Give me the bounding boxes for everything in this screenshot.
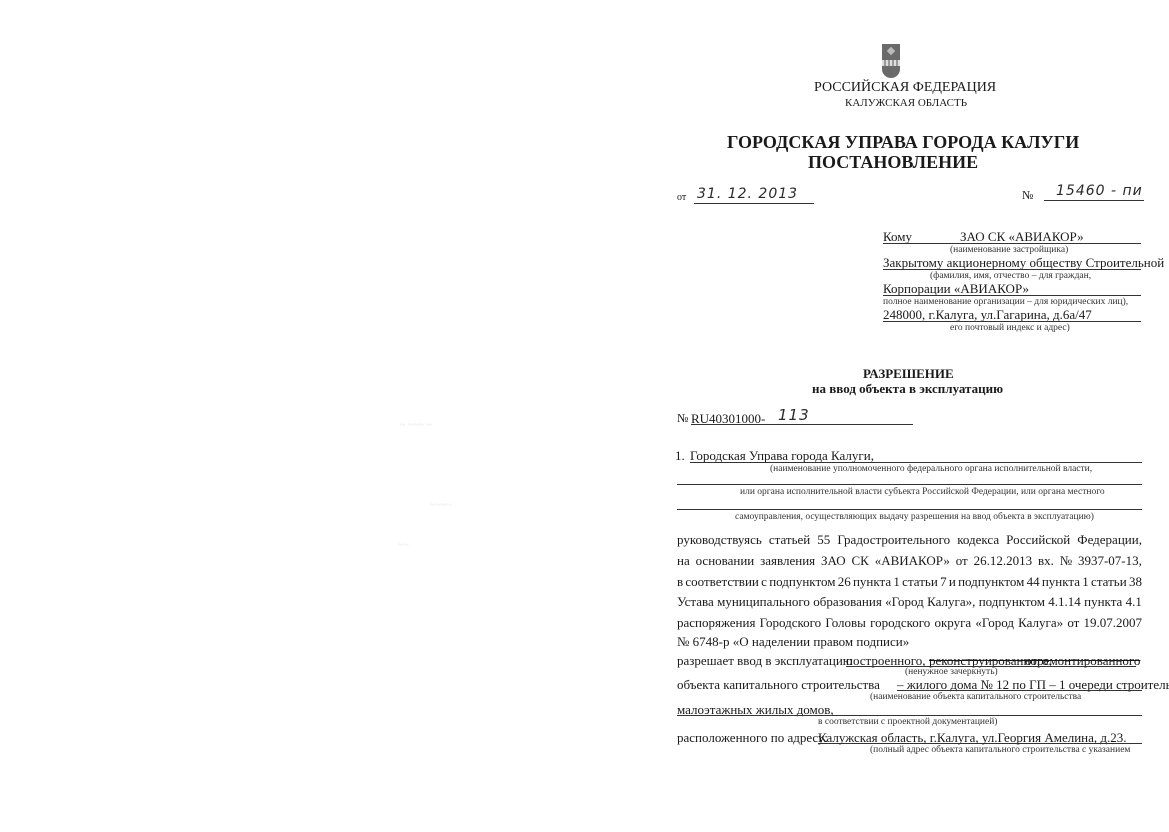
paragraph-line: Уставамуниципальногообразования«ГородКал… bbox=[677, 592, 1142, 613]
paragraph-word: 1 bbox=[1082, 572, 1089, 593]
paragraph-word: кодекса bbox=[957, 530, 999, 551]
paragraph-word: 26 bbox=[838, 572, 851, 593]
object-underline bbox=[897, 690, 1142, 691]
paragraph-word: подпунктом bbox=[958, 572, 1024, 593]
bleed-through-mark: ~~~~ bbox=[430, 500, 452, 511]
bleed-through-mark: ~~ bbox=[398, 540, 409, 551]
paragraph-word: «АВИАКОР» bbox=[875, 551, 950, 572]
paragraph-word: Калуга» bbox=[1018, 613, 1063, 634]
permit-subtitle: на ввод объекта в эксплуатацию bbox=[812, 381, 1003, 397]
decree-number-label: № bbox=[1022, 188, 1033, 203]
permits-prefix: разрешает ввод в эксплуатацию bbox=[677, 653, 853, 669]
paragraph-word: вх. bbox=[1038, 551, 1054, 572]
paragraph-word: 7 bbox=[940, 572, 947, 593]
paragraph-word: 38 bbox=[1129, 572, 1142, 593]
paragraph-word: подпунктом bbox=[979, 592, 1045, 613]
paragraph-line: руководствуясьстатьей55Градостроительног… bbox=[677, 530, 1142, 551]
paragraph-word: статьи bbox=[902, 572, 938, 593]
paragraph-word: 4.1 bbox=[1126, 592, 1142, 613]
paragraph-word: 26.12.2013 bbox=[974, 551, 1033, 572]
paragraph-word: № bbox=[1060, 551, 1072, 572]
paragraph-word: статьей bbox=[769, 530, 810, 551]
paragraph-word: основании bbox=[696, 551, 755, 572]
paragraph-word: соответствии bbox=[685, 572, 758, 593]
recipient-note: его почтовый индекс и адрес) bbox=[950, 323, 1070, 333]
permit-number-label: № bbox=[677, 411, 688, 426]
project-note: в соответствии с проектной документацией… bbox=[818, 717, 997, 727]
paragraph-word: 3937-07-13, bbox=[1078, 551, 1142, 572]
paragraph-word: и bbox=[949, 572, 956, 593]
recipient-underline bbox=[883, 243, 1141, 244]
paragraph-word: ЗАО bbox=[821, 551, 846, 572]
paragraph-word: 44 bbox=[1027, 572, 1040, 593]
paragraph-word: с bbox=[761, 572, 767, 593]
recipient-underline bbox=[883, 269, 1141, 270]
address-underline bbox=[818, 743, 1142, 744]
paragraph-word: СК bbox=[852, 551, 869, 572]
paragraph-word: руководствуясь bbox=[677, 530, 762, 551]
recipient-underline bbox=[883, 321, 1141, 322]
permit-number-underline bbox=[691, 424, 913, 425]
permit-number-handwritten: 113 bbox=[778, 406, 810, 424]
decree-number-value: 15460 - пи bbox=[1056, 183, 1143, 199]
paragraph-word: муниципального bbox=[717, 592, 810, 613]
paragraph-word: от bbox=[1067, 613, 1079, 634]
decree-date-value: 31. 12. 2013 bbox=[697, 186, 798, 202]
paragraph-word: подпунктом bbox=[769, 572, 835, 593]
paragraph-word: статьи bbox=[1091, 572, 1127, 593]
recipient-note: полное наименование организации – для юр… bbox=[883, 297, 1128, 307]
paragraph-word: пункта bbox=[1042, 572, 1080, 593]
decree-date-label: от bbox=[677, 192, 686, 203]
paragraph-line: всоответствиисподпунктом26пункта1статьи7… bbox=[677, 572, 1142, 593]
authority-note: самоуправления, осуществляющих выдачу ра… bbox=[735, 512, 1094, 522]
bleed-through-mark: ~ ~~~ ~ bbox=[400, 420, 432, 431]
address-prefix: расположенного по адресу: bbox=[677, 730, 828, 746]
paragraph-word: образования bbox=[813, 592, 882, 613]
recipient-note: (фамилия, имя, отчество – для граждан, bbox=[930, 271, 1091, 281]
paragraph-word: 55 bbox=[817, 530, 830, 551]
address-note: (полный адрес объекта капитального строи… bbox=[870, 745, 1130, 755]
paragraph-word: «Город bbox=[885, 592, 924, 613]
paragraph-word: пункта bbox=[853, 572, 891, 593]
decree-number-underline bbox=[1044, 200, 1144, 201]
decree-date-underline bbox=[694, 203, 814, 204]
object-prefix: объекта капитального строительства bbox=[677, 677, 880, 693]
paragraph-word: городского bbox=[870, 613, 930, 634]
paragraph-word: Калуга», bbox=[927, 592, 975, 613]
authority-note: или органа исполнительной власти субъект… bbox=[740, 487, 1105, 497]
authority-underline bbox=[677, 484, 1142, 485]
section-number: 1. bbox=[675, 448, 685, 464]
permit-title: РАЗРЕШЕНИЕ bbox=[863, 366, 954, 382]
paragraph-word: пункта bbox=[1084, 592, 1122, 613]
legal-basis-paragraph: руководствуясьстатьей55Градостроительног… bbox=[677, 530, 1142, 634]
coat-of-arms-icon bbox=[882, 44, 900, 78]
paragraph-word: Городского bbox=[760, 613, 822, 634]
paragraph-word: Федерации, bbox=[1077, 530, 1142, 551]
paragraph-word: распоряжения bbox=[677, 613, 755, 634]
paragraph-word: «Город bbox=[975, 613, 1014, 634]
country-heading: РОССИЙСКАЯ ФЕДЕРАЦИЯ bbox=[814, 80, 996, 96]
object-note: (наименование объекта капитального строи… bbox=[870, 692, 1081, 702]
paragraph-line: наоснованиизаявленияЗАОСК«АВИАКОР»от26.1… bbox=[677, 551, 1142, 572]
legal-basis-last-line: № 6748-р «О наделении правом подписи» bbox=[677, 634, 909, 650]
recipient-note: (наименование застройщика) bbox=[950, 245, 1068, 255]
paragraph-word: в bbox=[677, 572, 683, 593]
authority-underline bbox=[690, 462, 1142, 463]
authority-note: (наименование уполномоченного федерально… bbox=[770, 464, 1092, 474]
authority-underline bbox=[677, 509, 1142, 510]
paragraph-word: 4.1.14 bbox=[1048, 592, 1081, 613]
doc-type-heading: ПОСТАНОВЛЕНИЕ bbox=[808, 152, 978, 173]
paragraph-word: Градостроительного bbox=[837, 530, 950, 551]
paragraph-word: Устава bbox=[677, 592, 714, 613]
paragraph-word: от bbox=[956, 551, 968, 572]
recipient-underline bbox=[883, 295, 1141, 296]
paragraph-word: на bbox=[677, 551, 690, 572]
strike-note: (ненужное зачеркнуть) bbox=[905, 667, 998, 677]
object-underline bbox=[677, 715, 1142, 716]
paragraph-word: Российской bbox=[1006, 530, 1070, 551]
paragraph-line: распоряженияГородскогоГоловыгородскогоок… bbox=[677, 613, 1142, 634]
paragraph-word: заявления bbox=[760, 551, 815, 572]
paragraph-word: Головы bbox=[825, 613, 866, 634]
paragraph-word: 1 bbox=[893, 572, 900, 593]
authority-heading: ГОРОДСКАЯ УПРАВА ГОРОДА КАЛУГИ bbox=[727, 132, 1079, 153]
paragraph-word: округа bbox=[934, 613, 971, 634]
region-heading: КАЛУЖСКАЯ ОБЛАСТЬ bbox=[845, 97, 967, 109]
paragraph-word: 19.07.2007 bbox=[1084, 613, 1143, 634]
